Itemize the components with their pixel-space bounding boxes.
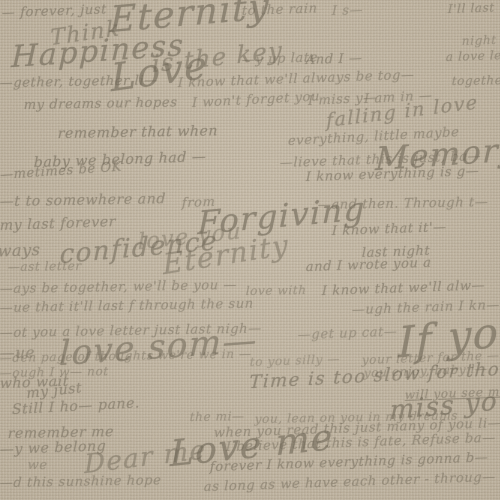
script-text-fragment: I know that we'll alw— xyxy=(322,278,486,299)
script-text-fragment: we xyxy=(27,458,48,473)
script-text-fragment: together xyxy=(452,73,500,88)
script-text-fragment: my dreams our hopes xyxy=(23,95,177,113)
script-text-fragment: And I — xyxy=(306,51,363,68)
script-text-fragment: love with xyxy=(246,283,307,298)
script-text-fragment: —t to somewhere and xyxy=(0,191,166,210)
script-text-fragment: —get up cat— xyxy=(298,325,398,343)
script-text-fragment: my last forever xyxy=(0,214,116,234)
script-text-fragment: — forever, just xyxy=(2,2,107,21)
script-text-fragment: I won't forget you xyxy=(192,89,320,111)
script-text-fragment: to you silly — xyxy=(250,352,340,369)
script-text-fragment: —ue that it'll last f through the sun xyxy=(0,297,254,316)
linen-wallpaper: — forever, justEternityto the rainI s—I'… xyxy=(0,0,500,500)
script-text-fragment: —ays be together, we'll be you — xyxy=(0,278,237,297)
script-text-fragment: —d this sunshine hope xyxy=(0,473,162,491)
script-text-fragment: night xyxy=(462,33,497,48)
script-text-fragment: —metimes be OK xyxy=(0,159,122,183)
script-text-fragment: I know that it'— xyxy=(332,220,447,239)
script-text-fragment: a love lett— xyxy=(446,47,500,64)
script-text-fragment: the mi— xyxy=(190,409,245,424)
script-text-fragment: —gether, together li— xyxy=(0,73,158,91)
script-text-fragment: I s— xyxy=(332,3,364,19)
script-text-layer: — forever, justEternityto the rainI s—I'… xyxy=(0,0,500,500)
script-text-fragment: and I wrote you a xyxy=(306,256,432,275)
script-text-fragment: remember that when xyxy=(57,123,218,142)
script-text-fragment: to the rain xyxy=(242,1,318,19)
script-text-fragment: I'll last xyxy=(448,0,495,16)
script-text-fragment: —ast letter xyxy=(8,259,82,274)
script-text-fragment: always xyxy=(0,240,41,261)
